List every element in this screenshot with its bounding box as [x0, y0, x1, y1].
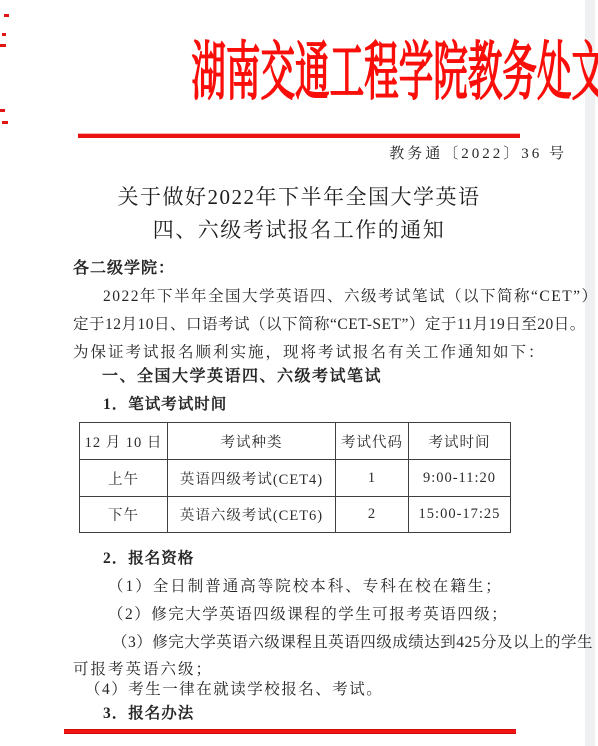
table-cell-exam-code: 1 [336, 460, 409, 497]
table-header-cell-exam-type: 考试种类 [168, 423, 336, 460]
eligibility-item: （1）全日制普通高等院校本科、专科在校在籍生； [108, 574, 503, 596]
salutation: 各二级学院： [73, 255, 175, 278]
table-header-row: 12 月 10 日 考试种类 考试代码 考试时间 [80, 423, 511, 460]
eligibility-item: （2）修完大学英语四级课程的学生可报考英语四级； [108, 602, 508, 624]
eligibility-item: （3）修完大学英语六级课程且英语四级成绩达到425分及以上的学生 [112, 630, 593, 652]
table-cell-session: 上午 [80, 460, 168, 497]
eligibility-item-continuation: 可报考英语六级； [73, 657, 213, 679]
notice-title: 关于做好2022年下半年全国大学英语 四、六级考试报名工作的通知 [0, 181, 598, 247]
table-cell-exam-code: 2 [336, 497, 409, 533]
table-cell-exam-time: 9:00-11:20 [409, 460, 511, 497]
notice-title-line2: 四、六级考试报名工作的通知 [0, 214, 598, 247]
agency-letterhead-text: 湖南交通工程学院教务处文件 [191, 28, 598, 118]
subsection-heading-eligibility: 2．报名资格 [103, 546, 194, 568]
table-header-cell-exam-time: 考试时间 [409, 423, 511, 460]
table-row: 下午 英语六级考试(CET6) 2 15:00-17:25 [80, 497, 511, 533]
scan-artifact [4, 14, 9, 17]
notice-title-line1: 关于做好2022年下半年全国大学英语 [0, 181, 598, 214]
table-cell-exam-time: 15:00-17:25 [409, 497, 511, 533]
scan-artifact [2, 121, 8, 124]
subsection-heading-exam-time: 1．笔试考试时间 [103, 392, 227, 414]
intro-line: 2022年下半年全国大学英语四、六级考试笔试（以下简称“CET”） [103, 284, 598, 306]
table-cell-exam-type: 英语四级考试(CET4) [168, 460, 336, 497]
eligibility-item: （4）考生一律在就读学校报名、考试。 [85, 677, 383, 699]
intro-line: 定于12月10日、口语考试（以下简称“CET-SET”）定于11月19日至20日… [73, 312, 586, 334]
intro-line: 为保证考试报名顺利实施，现将考试报名有关工作通知如下： [73, 340, 546, 362]
table-cell-exam-type: 英语六级考试(CET6) [168, 497, 336, 533]
table-header-cell-date: 12 月 10 日 [80, 423, 168, 460]
page-bottom-separator-line [64, 729, 516, 734]
agency-letterhead-title: 湖南交通工程学院教务处文件 [0, 28, 598, 118]
letterhead-separator-line [78, 133, 520, 138]
exam-schedule-table: 12 月 10 日 考试种类 考试代码 考试时间 上午 英语四级考试(CET4)… [79, 422, 511, 533]
subsection-heading-registration-method: 3．报名办法 [103, 701, 194, 723]
table-row: 上午 英语四级考试(CET4) 1 9:00-11:20 [80, 460, 511, 497]
table-header-cell-exam-code: 考试代码 [336, 423, 409, 460]
document-page: 湖南交通工程学院教务处文件 教务通〔2022〕36 号 关于做好2022年下半年… [0, 0, 598, 746]
document-number: 教务通〔2022〕36 号 [389, 142, 567, 163]
table-cell-session: 下午 [80, 497, 168, 533]
section-heading-written-test: 一、全国大学英语四、六级考试笔试 [102, 363, 382, 386]
